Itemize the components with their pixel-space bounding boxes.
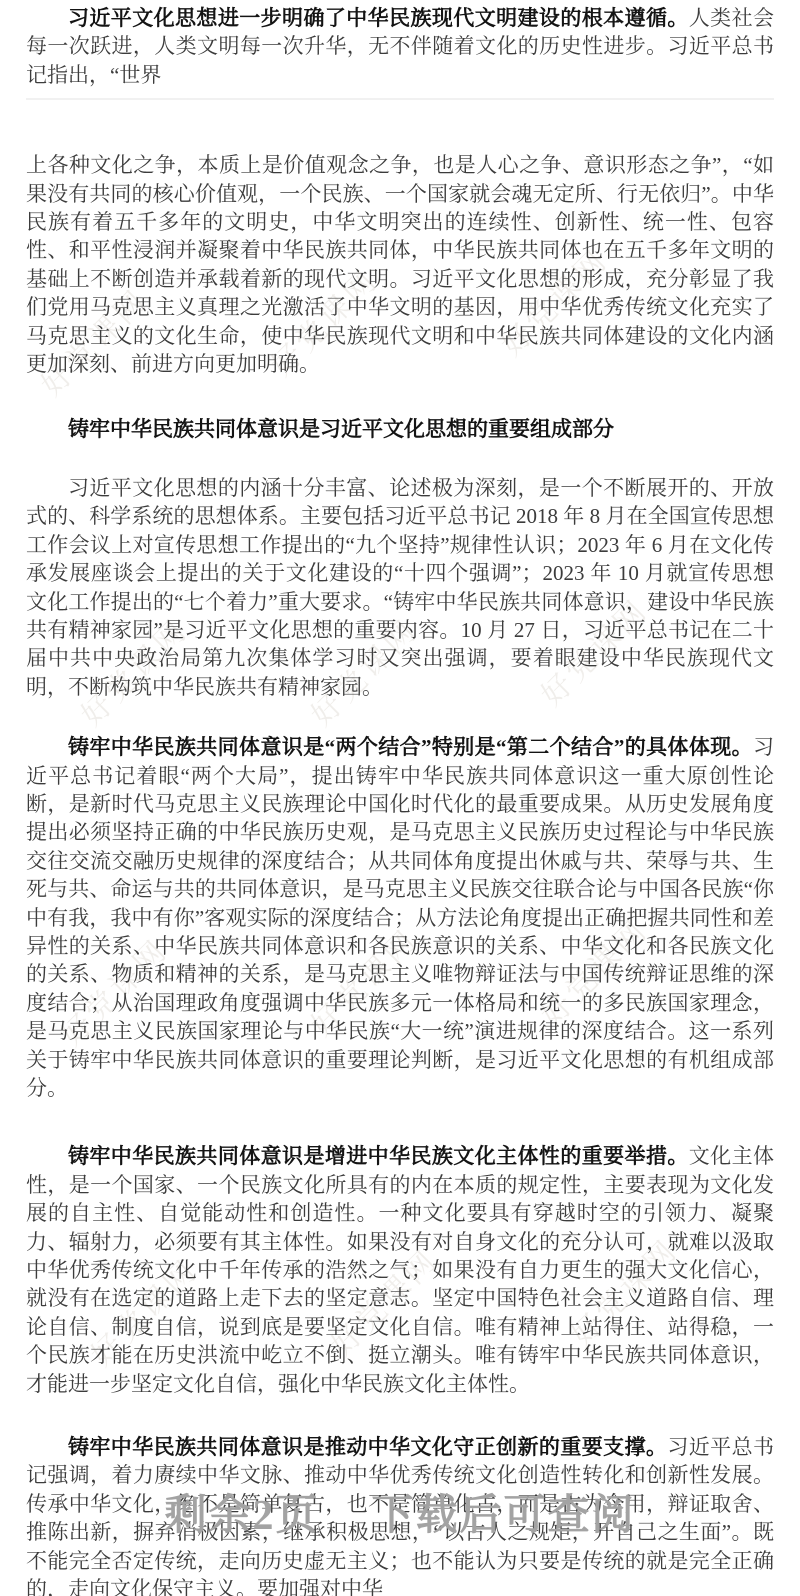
remaining-pages-label: 剩余2页	[164, 1492, 319, 1540]
paragraph-3-text: 习近平总书记着眼“两个大局”，提出铸牢中华民族共同体意识这一重大原创性论断，是新…	[26, 735, 774, 1100]
paragraph-3: 铸牢中华民族共同体意识是“两个结合”特别是“第二个结合”的具体体现。习近平总书记…	[26, 733, 774, 1102]
paragraph-4-lead: 铸牢中华民族共同体意识是增进中华民族文化主体性的重要举措。	[68, 1144, 689, 1168]
paragraph-1-start: 习近平文化思想进一步明确了中华民族现代文明建设的根本遵循。人类社会每一次跃进，人…	[26, 4, 774, 89]
page-break-rule	[26, 98, 774, 100]
footer-banner: 剩余2页 下载后可查阅	[0, 1492, 800, 1540]
paragraph-2: 习近平文化思想的内涵十分丰富、论述极为深刻，是一个不断展开的、开放式的、科学系统…	[26, 474, 774, 701]
page-break-gap	[26, 89, 774, 151]
document-page: 好党课网 好党课网 好党课网 好党课网 好党课网 好党课网 好党课网 好党课网 …	[0, 0, 800, 1596]
paragraph-1-lead: 习近平文化思想进一步明确了中华民族现代文明建设的根本遵循。	[68, 6, 689, 30]
paragraph-4-text: 文化主体性，是一个国家、一个民族文化所具有的内在本质的规定性，主要表现为文化发展…	[26, 1144, 774, 1395]
paragraph-1-continued: 上各种文化之争，本质上是价值观念之争，也是人心之争、意识形态之争”，“如果没有共…	[26, 151, 774, 378]
article-body: 习近平文化思想进一步明确了中华民族现代文明建设的根本遵循。人类社会每一次跃进，人…	[0, 0, 800, 1596]
download-hint-label: 下载后可查阅	[372, 1492, 636, 1540]
paragraph-4: 铸牢中华民族共同体意识是增进中华民族文化主体性的重要举措。文化主体性，是一个国家…	[26, 1142, 774, 1398]
paragraph-5-lead: 铸牢中华民族共同体意识是推动中华文化守正创新的重要支撑。	[68, 1435, 667, 1459]
section-heading: 铸牢中华民族共同体意识是习近平文化思想的重要组成部分	[26, 415, 774, 443]
paragraph-3-lead: 铸牢中华民族共同体意识是“两个结合”特别是“第二个结合”的具体体现。	[68, 735, 753, 759]
